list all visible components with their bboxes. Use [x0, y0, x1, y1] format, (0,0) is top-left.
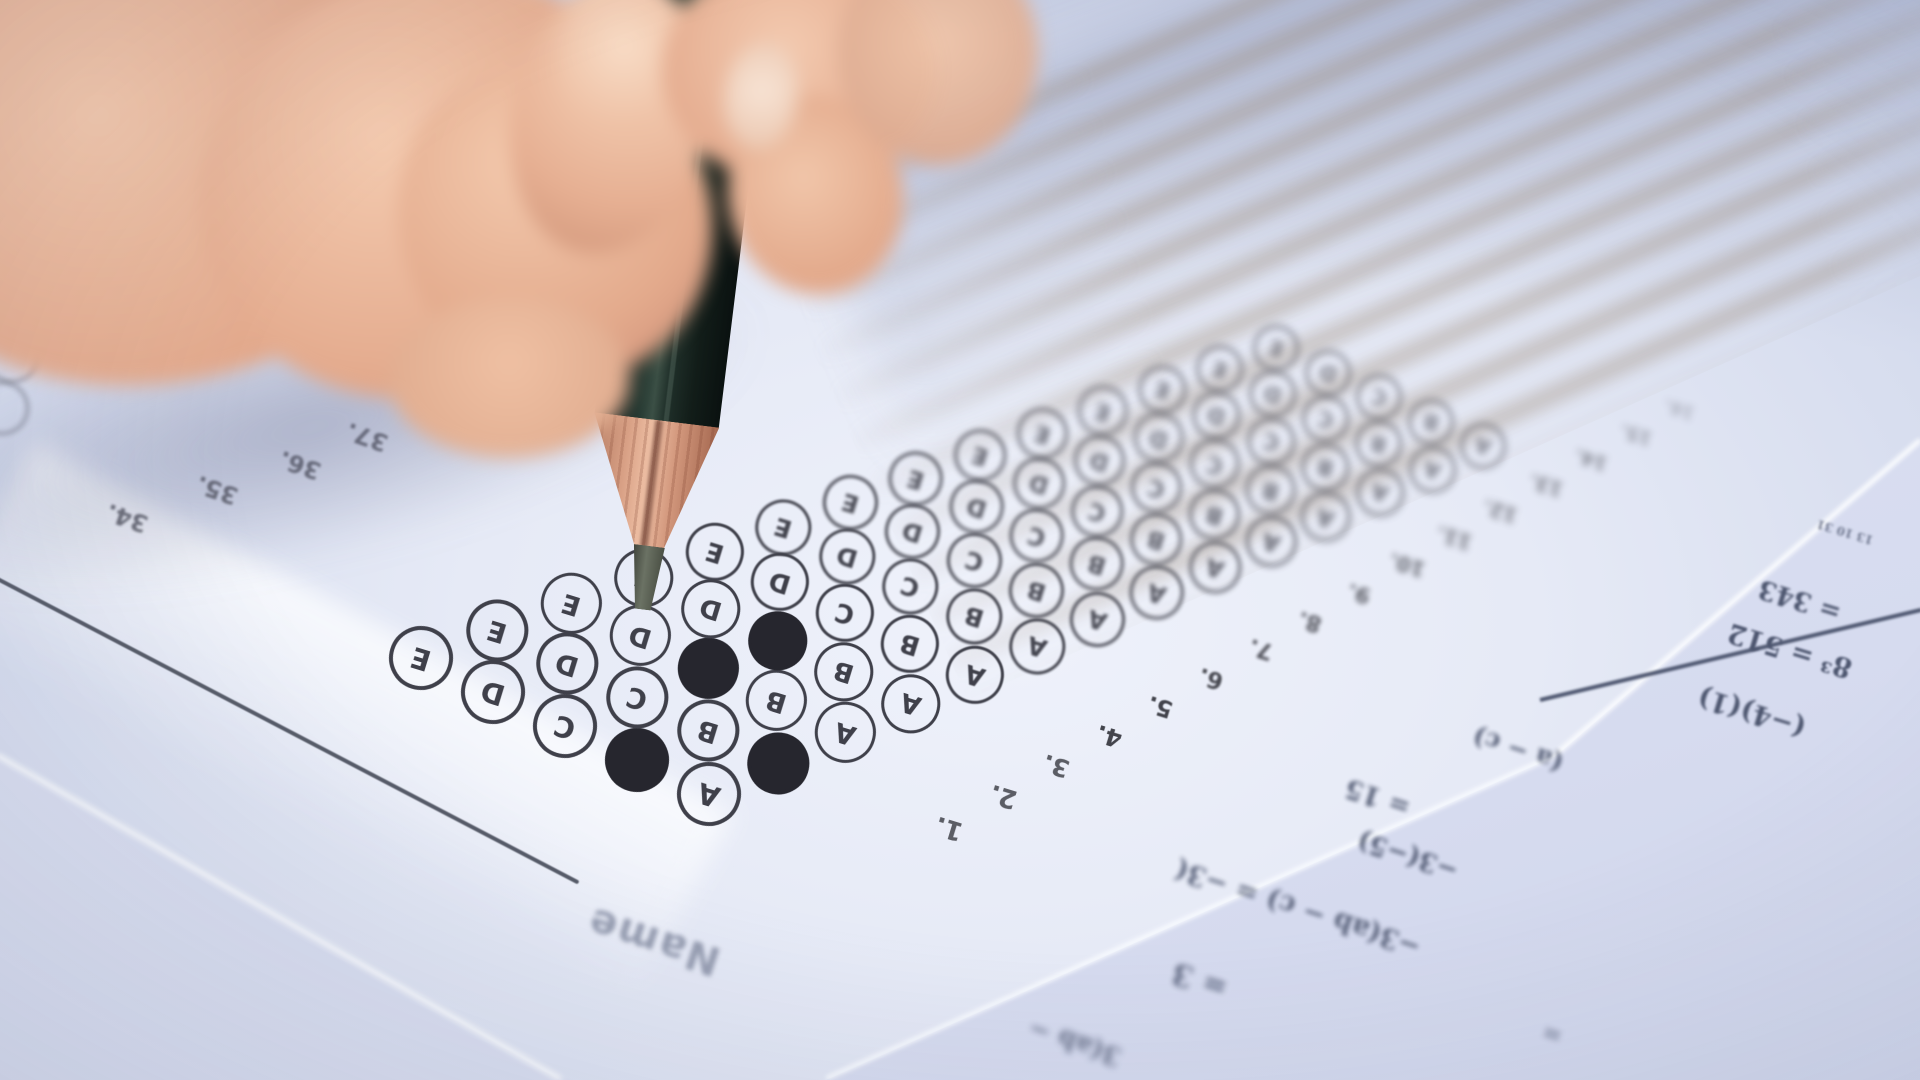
vignette [0, 0, 1920, 1080]
